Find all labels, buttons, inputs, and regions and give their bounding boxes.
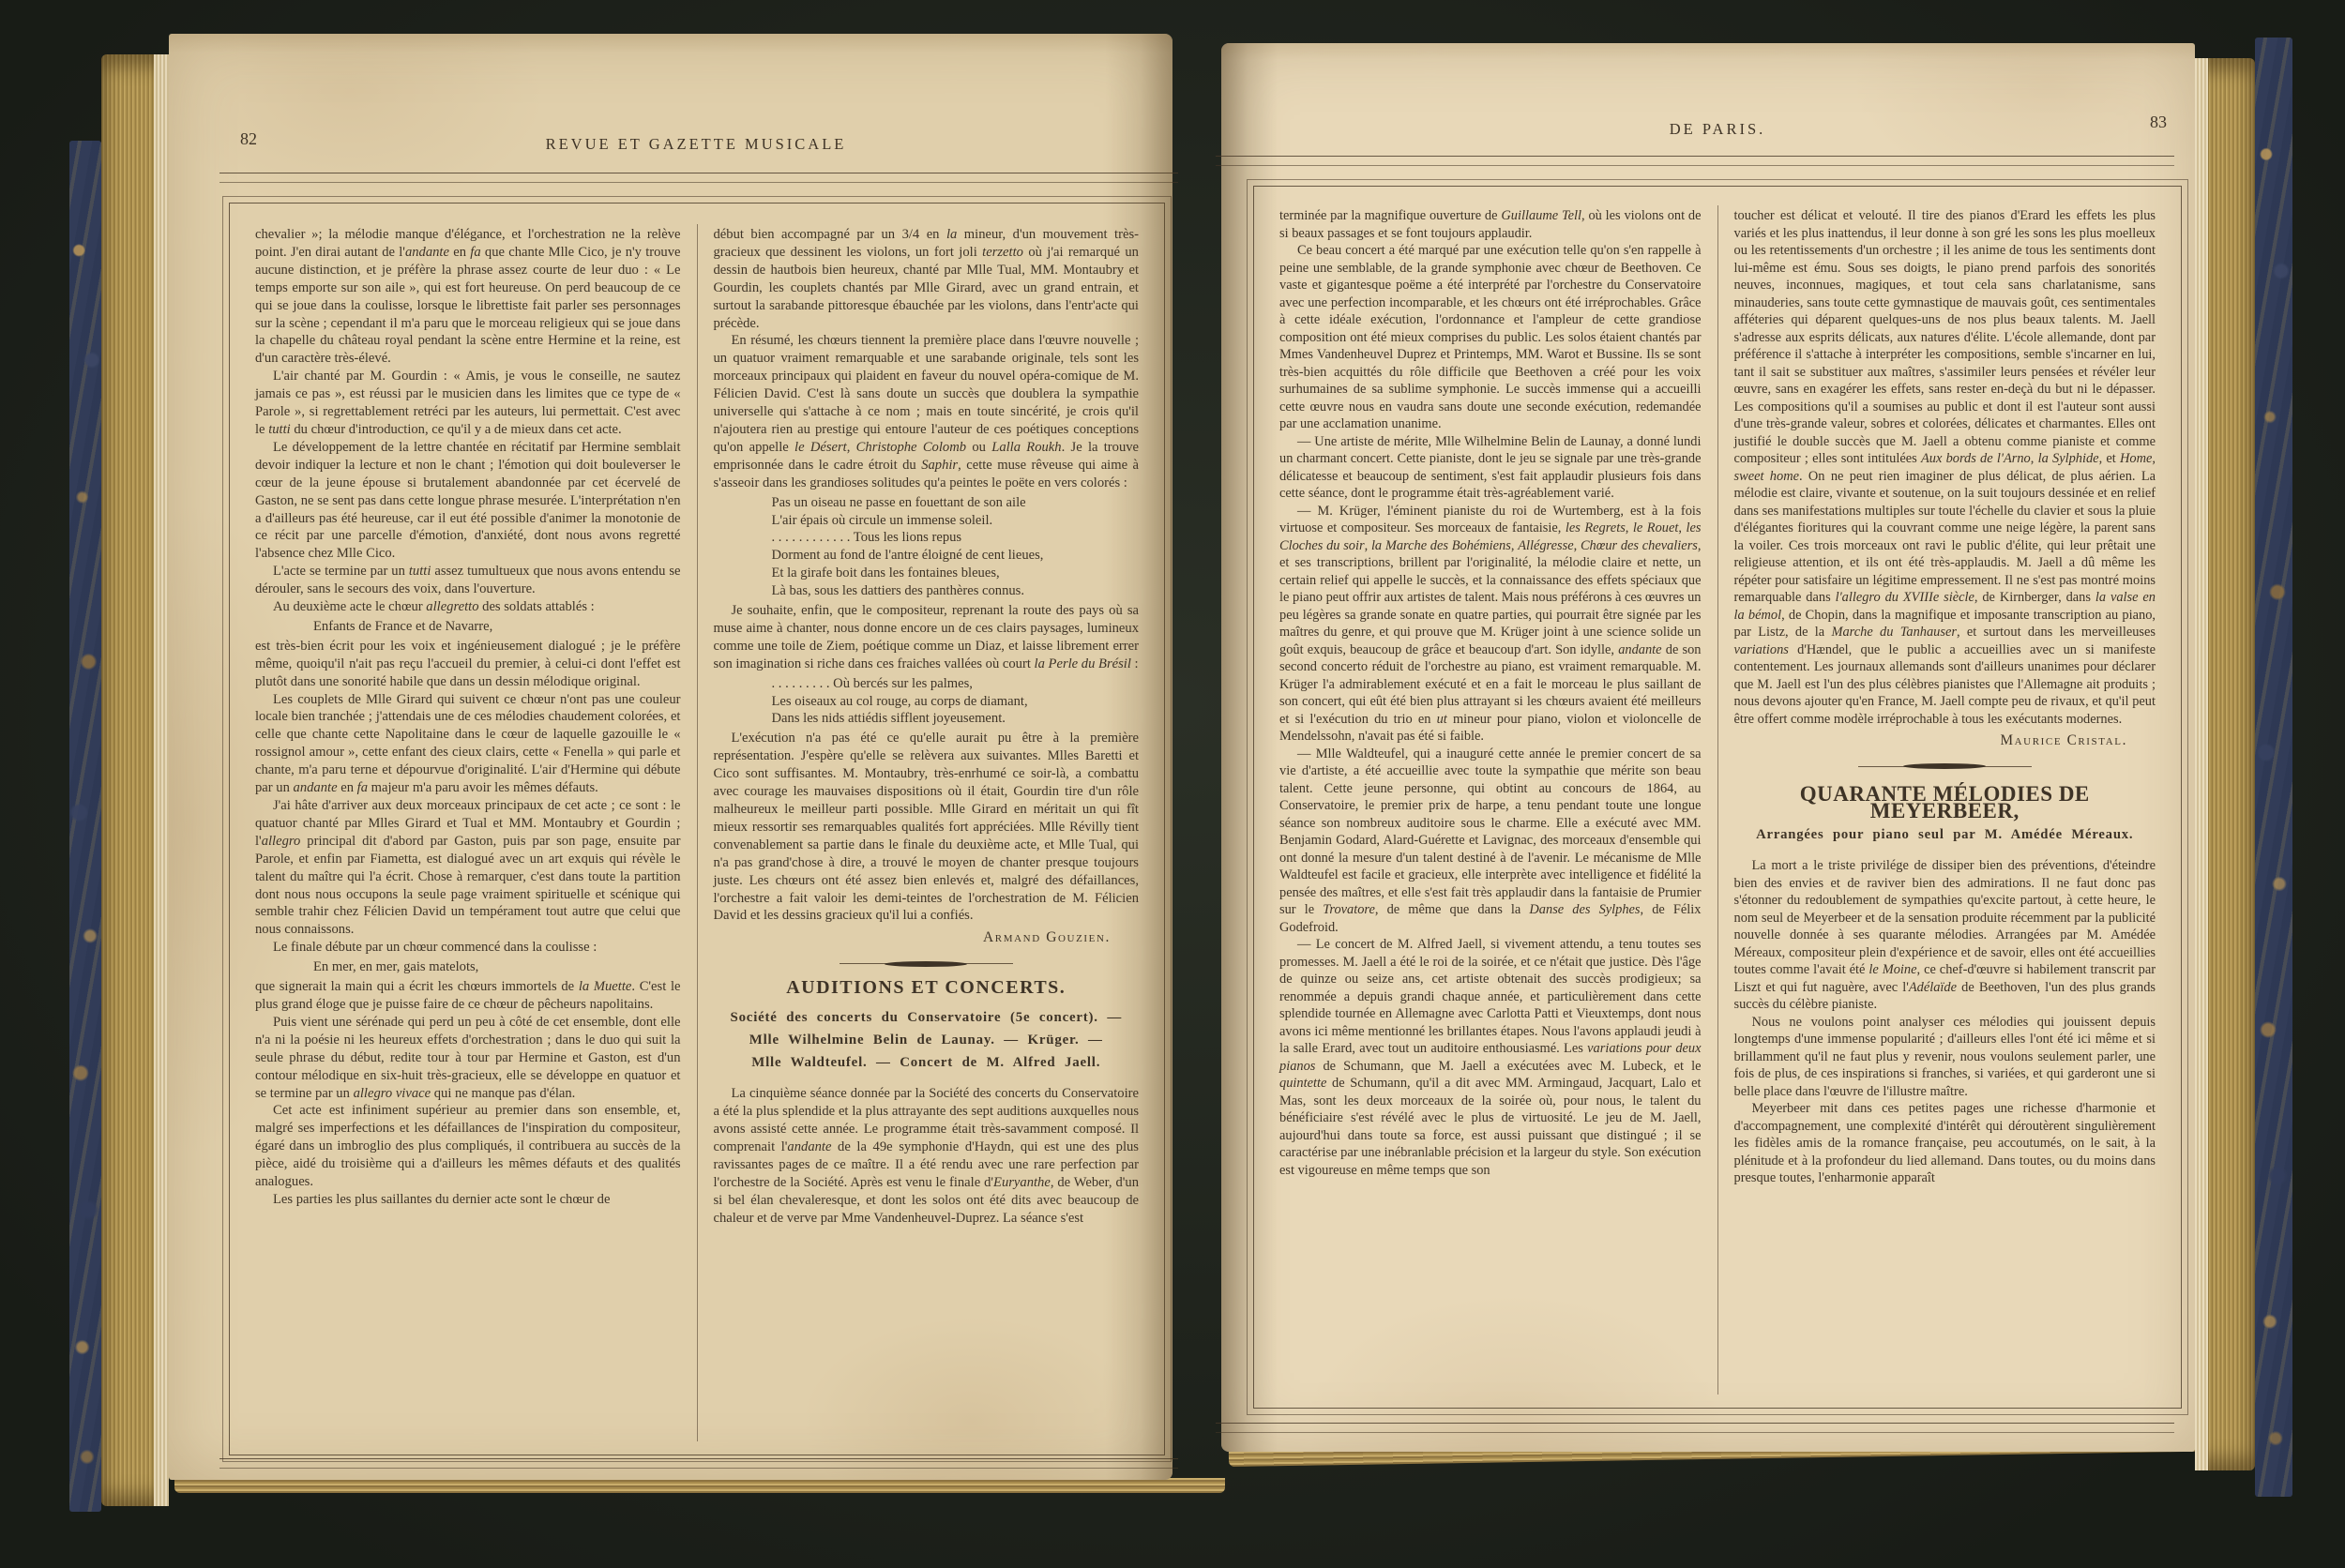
- verse-quote: Pas un oiseau ne passe en fouettant de s…: [714, 494, 1140, 600]
- body-paragraph: toucher est délicat et velouté. Il tire …: [1734, 207, 2156, 728]
- body-paragraph: La mort a le triste privilége de dissipe…: [1734, 857, 2156, 1014]
- section-divider: [840, 959, 1013, 968]
- body-paragraph: — Le concert de M. Alfred Jaell, si vive…: [1279, 936, 1702, 1179]
- header-rule-left: [219, 173, 1178, 183]
- body-paragraph: J'ai hâte d'arriver aux deux morceaux pr…: [255, 797, 681, 939]
- footer-rule-left: [219, 1458, 1178, 1469]
- body-paragraph: L'acte se termine par un tutti assez tum…: [255, 563, 681, 598]
- body-paragraph: Les couplets de Mlle Girard qui suivent …: [255, 691, 681, 797]
- running-title-right: DE PARIS.: [1253, 120, 2182, 139]
- body-paragraph: Nous ne voulons point analyser ces mélod…: [1734, 1014, 2156, 1101]
- page83-column-2: toucher est délicat et velouté. Il tire …: [1717, 205, 2172, 1395]
- gilded-bottom-edge-left: [174, 1478, 1225, 1493]
- marbled-cover-edge-left: [69, 141, 101, 1512]
- body-paragraph: Le finale débute par un chœur commencé d…: [255, 939, 681, 957]
- running-title-left: REVUE ET GAZETTE MUSICALE: [229, 135, 1163, 154]
- body-paragraph: En résumé, les chœurs tiennent la premiè…: [714, 332, 1140, 491]
- body-paragraph: Meyerbeer mit dans ces petites pages une…: [1734, 1100, 2156, 1187]
- section-divider: [1858, 762, 2032, 771]
- footer-rule-right: [1216, 1423, 2174, 1433]
- body-paragraph: La cinquième séance donnée par la Sociét…: [714, 1085, 1140, 1227]
- signature-maurice-cristal: Maurice Cristal.: [1734, 732, 2156, 750]
- text-frame-left: chevalier »; la mélodie manque d'éléganc…: [229, 203, 1165, 1455]
- body-paragraph: — Mlle Waldteufel, qui a inauguré cette …: [1279, 746, 1702, 937]
- body-paragraph: début bien accompagné par un 3/4 en la m…: [714, 226, 1140, 332]
- header-rule-right: [1216, 156, 2174, 166]
- right-page: 83 DE PARIS. terminée par la magnifique …: [1221, 43, 2195, 1452]
- text-frame-right: terminée par la magnifique ouverture de …: [1253, 186, 2182, 1409]
- verse-quote: En mer, en mer, gais matelots,: [255, 958, 681, 976]
- body-paragraph: que signerait la main qui a écrit les ch…: [255, 978, 681, 1014]
- body-paragraph: Le développement de la lettre chantée en…: [255, 439, 681, 563]
- body-paragraph: terminée par la magnifique ouverture de …: [1279, 207, 1702, 242]
- book-scan: 82 REVUE ET GAZETTE MUSICALE chevalier »…: [0, 0, 2345, 1568]
- body-paragraph: Puis vient une sérénade qui perd un peu …: [255, 1014, 681, 1103]
- verse-quote: Enfants de France et de Navarre,: [255, 618, 681, 636]
- body-paragraph: — M. Krüger, l'éminent pianiste du roi d…: [1279, 503, 1702, 746]
- body-paragraph: — Une artiste de mérite, Mlle Wilhelmine…: [1279, 433, 1702, 503]
- body-paragraph: chevalier »; la mélodie manque d'éléganc…: [255, 226, 681, 368]
- body-paragraph: L'air chanté par M. Gourdin : « Amis, je…: [255, 368, 681, 439]
- page82-column-1: chevalier »; la mélodie manque d'éléganc…: [239, 224, 697, 1441]
- body-paragraph: Au deuxième acte le chœur allegretto des…: [255, 598, 681, 616]
- heading-auditions-et-concerts: AUDITIONS ET CONCERTS.: [714, 979, 1140, 997]
- gilded-fore-edge-left: [101, 54, 169, 1506]
- body-paragraph: L'exécution n'a pas été ce qu'elle aurai…: [714, 730, 1140, 925]
- body-paragraph: Cet acte est infiniment supérieur au pre…: [255, 1102, 681, 1191]
- left-page: 82 REVUE ET GAZETTE MUSICALE chevalier »…: [169, 34, 1172, 1480]
- concerts-summary: Société des concerts du Conservatoire (5…: [714, 1006, 1140, 1074]
- body-paragraph: Les parties les plus saillantes du derni…: [255, 1191, 681, 1209]
- signature-armand-gouzien: Armand Gouzien.: [714, 929, 1140, 947]
- body-paragraph: est très-bien écrit pour les voix et ing…: [255, 638, 681, 691]
- body-paragraph: Ce beau concert a été marqué par une exé…: [1279, 242, 1702, 433]
- gilded-fore-edge-right: [2195, 58, 2255, 1470]
- body-paragraph: Je souhaite, enfin, que le compositeur, …: [714, 602, 1140, 673]
- verse-quote: . . . . . . . . . Où bercés sur les palm…: [714, 675, 1140, 729]
- marbled-cover-edge-right: [2255, 38, 2292, 1497]
- melodies-subtitle: Arrangées pour piano seul par M. Amédée …: [1734, 824, 2156, 847]
- page83-column-1: terminée par la magnifique ouverture de …: [1263, 205, 1717, 1395]
- heading-quarante-melodies: QUARANTE MÉLODIES DE MEYERBEER,: [1734, 786, 2156, 821]
- page82-column-2: début bien accompagné par un 3/4 en la m…: [697, 224, 1156, 1441]
